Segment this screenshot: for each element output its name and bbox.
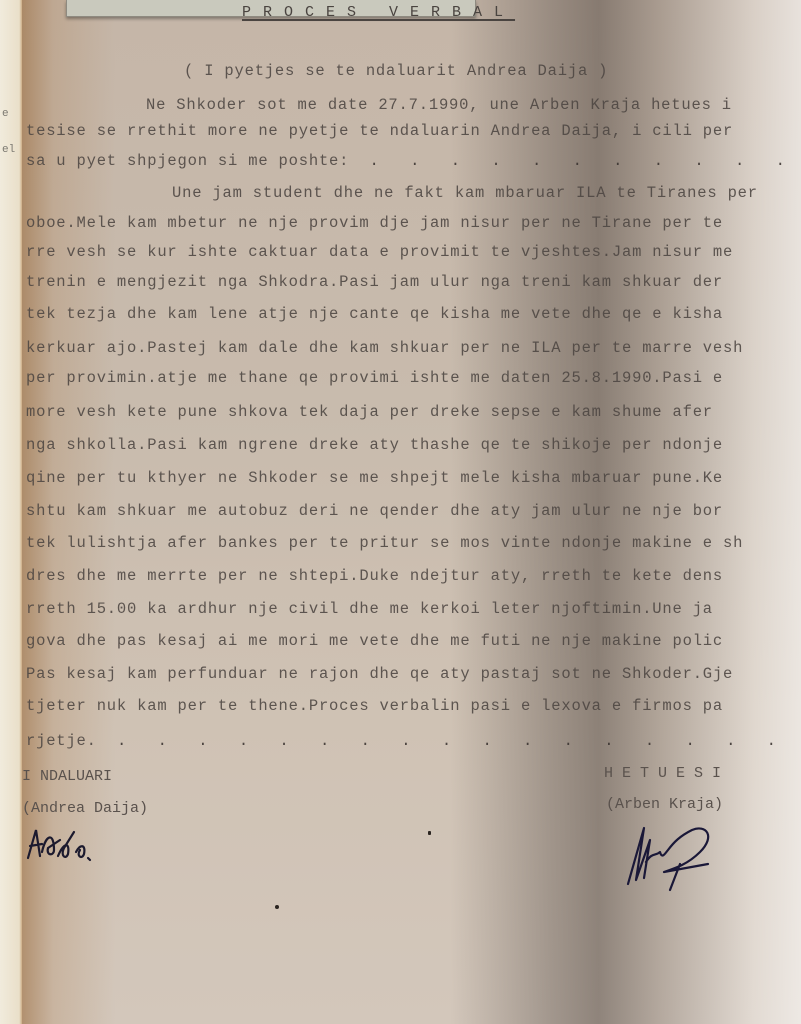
body-line: Une jam student dhe ne fakt kam mbaruar … <box>172 184 758 202</box>
body-line: dres dhe me merrte per ne shtepi.Duke nd… <box>26 567 723 585</box>
body-line: tjeter nuk kam per te thene.Proces verba… <box>26 697 723 715</box>
body-line: per provimin.atje me thane qe provimi is… <box>26 369 723 387</box>
subtitle: ( I pyetjes se te ndaluarit Andrea Daija… <box>184 62 608 80</box>
investigator-name: (Arben Kraja) <box>606 796 723 813</box>
detainee-label: I NDALUARI <box>22 768 112 785</box>
body-line: shtu kam shkuar me autobuz deri ne qende… <box>26 502 723 520</box>
body-line: rre vesh se kur ishte caktuar data e pro… <box>26 243 733 261</box>
body-line: rreth 15.00 ka ardhur nje civil dhe me k… <box>26 600 713 618</box>
body-line: rjetje. . . . . . . . . . . . . . . . . … <box>26 732 801 750</box>
adjacent-page-fragment: el <box>2 144 15 156</box>
body-line: tek lulishtja afer bankes per te pritur … <box>26 534 743 552</box>
document-title: PROCES VERBAL <box>242 4 515 21</box>
body-line: kerkuar ajo.Pastej kam dale dhe kam shku… <box>26 339 743 357</box>
body-line: nga shkolla.Pasi kam ngrene dreke aty th… <box>26 436 723 454</box>
signature-detainee-icon <box>24 822 114 872</box>
detainee-name: (Andrea Daija) <box>22 800 148 817</box>
body-line: tek tezja dhe kam lene atje nje cante qe… <box>26 305 723 323</box>
adjacent-page-fragment: e <box>2 108 9 120</box>
adjacent-page-edge: e el <box>0 0 24 1024</box>
body-line: sa u pyet shpjegon si me poshte: . . . .… <box>26 152 801 170</box>
body-line: oboe.Mele kam mbetur ne nje provim dje j… <box>26 214 723 232</box>
body-line: trenin e mengjezit nga Shkodra.Pasi jam … <box>26 273 723 291</box>
ink-speck <box>275 905 279 909</box>
body-line: more vesh kete pune shkova tek daja per … <box>26 403 713 421</box>
investigator-label: HETUESI <box>604 765 730 782</box>
body-line: Ne Shkoder sot me date 27.7.1990, une Ar… <box>146 96 732 114</box>
body-line: Pas kesaj kam perfunduar ne rajon dhe qe… <box>26 665 733 683</box>
ink-speck <box>428 831 431 835</box>
signature-investigator-icon <box>622 822 732 894</box>
body-line: tesise se rrethit more ne pyetje te ndal… <box>26 122 733 140</box>
body-line: gova dhe pas kesaj ai me mori me vete dh… <box>26 632 723 650</box>
body-line: qine per tu kthyer ne Shkoder se me shpe… <box>26 469 723 487</box>
